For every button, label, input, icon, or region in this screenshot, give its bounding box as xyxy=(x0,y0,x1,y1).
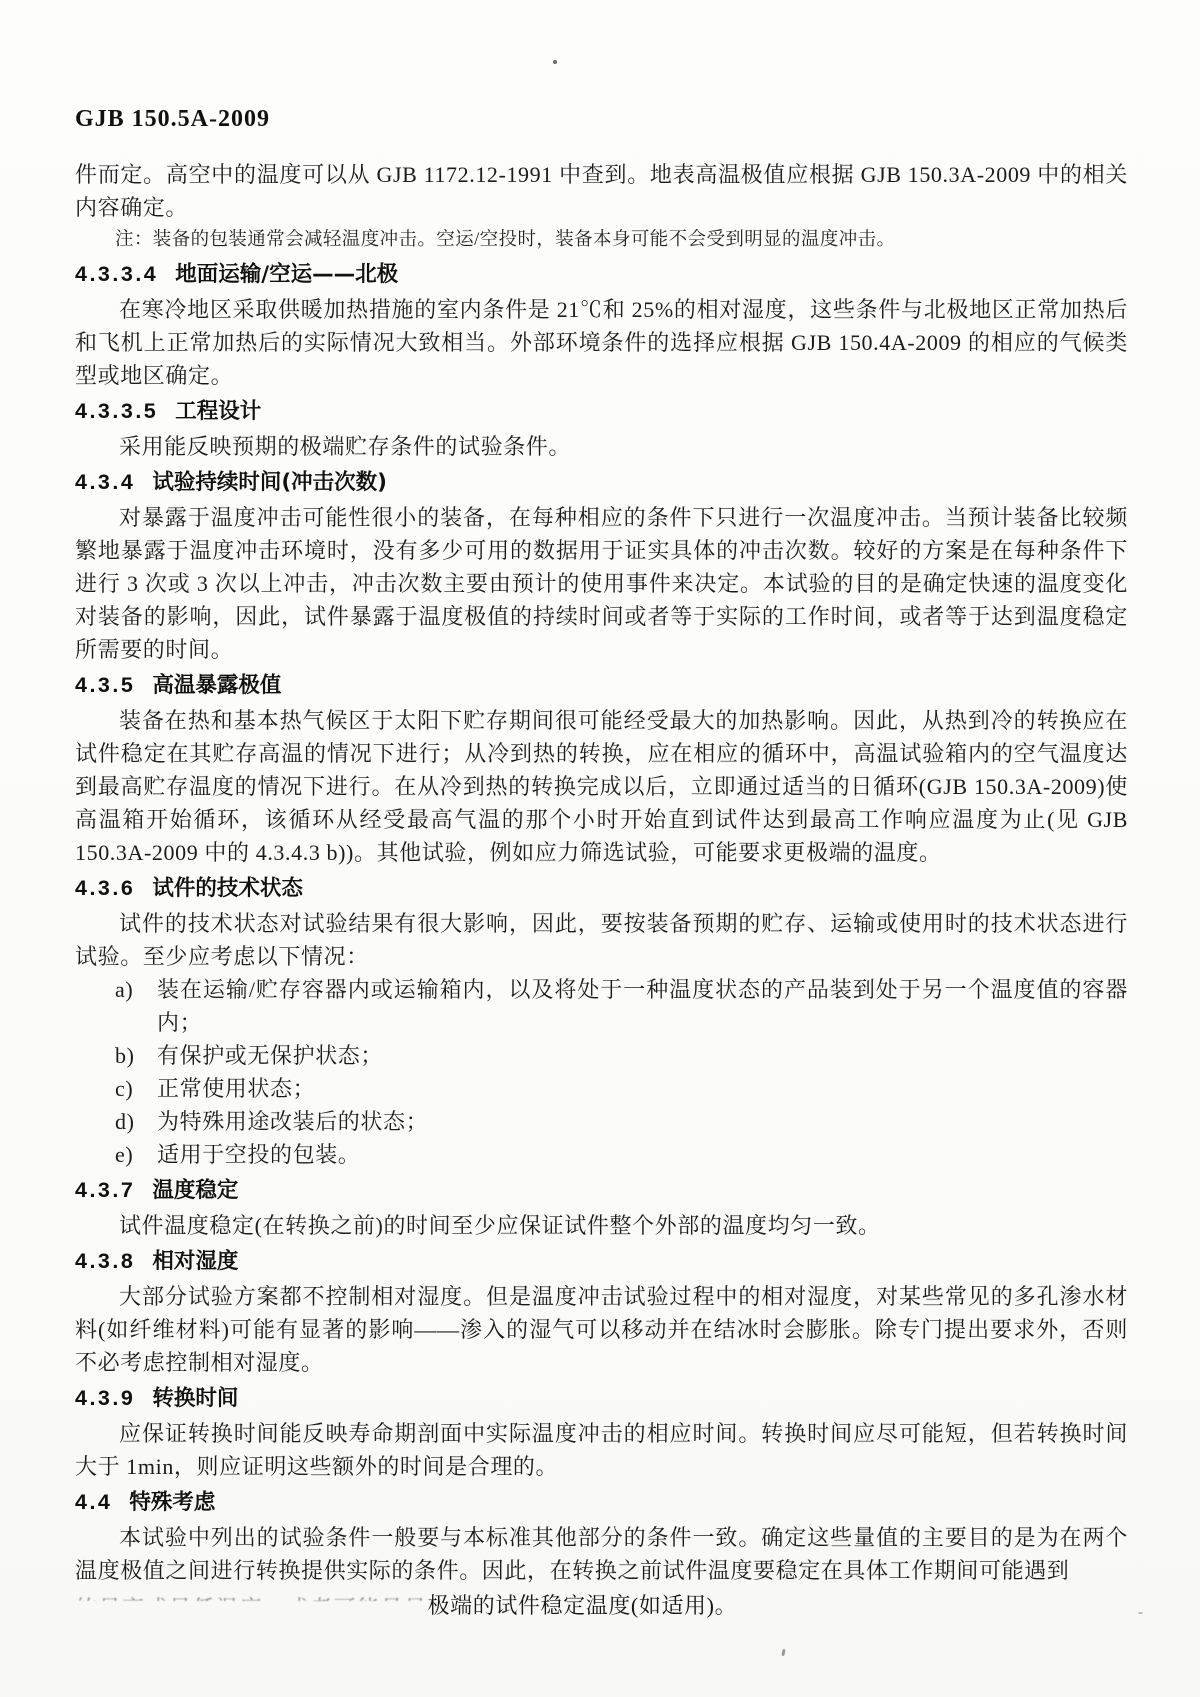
list-item-text: 有保护或无保护状态； xyxy=(157,1039,1128,1072)
list-item: a)装在运输/贮存容器内或运输箱内，以及将处于一种温度状态的产品装到处于另一个温… xyxy=(115,973,1128,1039)
heading-title: 试件的技术状态 xyxy=(152,872,303,905)
body-paragraph: 本试验中列出的试验条件一般要与本标准其他部分的条件一致。确定这些量值的主要目的是… xyxy=(75,1521,1128,1587)
heading-title: 特殊考虑 xyxy=(129,1486,215,1519)
list-item-label: e) xyxy=(115,1138,157,1171)
scan-speckle xyxy=(553,60,557,64)
heading-title: 试验持续时间(冲击次数) xyxy=(152,466,387,499)
document-body: 件而定。高空中的温度可以从 GJB 1172.12-1991 中查到。地表高温极… xyxy=(75,158,1128,1622)
list-item-label: c) xyxy=(115,1072,157,1105)
ordered-list: a)装在运输/贮存容器内或运输箱内，以及将处于一种温度状态的产品装到处于另一个温… xyxy=(75,973,1128,1171)
heading-number: 4.3.6 xyxy=(75,872,135,905)
list-item-text: 装在运输/贮存容器内或运输箱内，以及将处于一种温度状态的产品装到处于另一个温度值… xyxy=(157,973,1128,1039)
ghost-line-fragment: 的最高或最低温度，或者可能是最 xyxy=(75,1592,428,1601)
scan-cut-line: 的最高或最低温度，或者可能是最极端的试件稳定温度(如适用)。 xyxy=(75,1589,1128,1622)
scan-speckle xyxy=(1138,1612,1143,1614)
section-heading: 4.3.3.4地面运输/空运——北极 xyxy=(75,258,1128,291)
heading-number: 4.3.7 xyxy=(75,1174,135,1207)
section-heading: 4.3.4试验持续时间(冲击次数) xyxy=(75,466,1128,499)
heading-title: 转换时间 xyxy=(152,1382,238,1415)
list-item-text: 适用于空投的包装。 xyxy=(157,1138,1128,1171)
list-item: e)适用于空投的包装。 xyxy=(115,1138,1128,1171)
list-item-text: 正常使用状态； xyxy=(157,1072,1128,1105)
heading-number: 4.3.5 xyxy=(75,669,135,702)
section-heading: 4.3.7温度稳定 xyxy=(75,1174,1128,1207)
heading-number: 4.3.3.5 xyxy=(75,395,158,428)
section-heading: 4.3.6试件的技术状态 xyxy=(75,872,1128,905)
section-heading: 4.3.9转换时间 xyxy=(75,1382,1128,1415)
list-item-label: b) xyxy=(115,1039,157,1072)
body-paragraph: 对暴露于温度冲击可能性很小的装备，在每种相应的条件下只进行一次温度冲击。当预计装… xyxy=(75,501,1128,666)
list-item-label: d) xyxy=(115,1105,157,1138)
section-heading: 4.4特殊考虑 xyxy=(75,1486,1128,1519)
scan-speckle xyxy=(781,1649,785,1656)
scanned-document-page: GJB 150.5A-2009 件而定。高空中的温度可以从 GJB 1172.1… xyxy=(0,0,1200,1697)
body-paragraph: 在寒冷地区采取供暖加热措施的室内条件是 21℃和 25%的相对湿度，这些条件与北… xyxy=(75,293,1128,392)
heading-number: 4.3.9 xyxy=(75,1382,135,1415)
body-paragraph: 装备在热和基本热气候区于太阳下贮存期间很可能经受最大的加热影响。因此，从热到冷的… xyxy=(75,704,1128,869)
body-paragraph: 应保证转换时间能反映寿命期剖面中实际温度冲击的相应时间。转换时间应尽可能短，但若… xyxy=(75,1417,1128,1483)
body-paragraph: 件而定。高空中的温度可以从 GJB 1172.12-1991 中查到。地表高温极… xyxy=(75,158,1128,224)
list-item-label: a) xyxy=(115,973,157,1006)
list-item: b)有保护或无保护状态； xyxy=(115,1039,1128,1072)
cut-line-tail: 极端的试件稳定温度(如适用)。 xyxy=(428,1589,738,1622)
section-heading: 4.3.8相对湿度 xyxy=(75,1245,1128,1278)
heading-number: 4.3.4 xyxy=(75,466,135,499)
list-item: c)正常使用状态； xyxy=(115,1072,1128,1105)
body-paragraph: 采用能反映预期的极端贮存条件的试验条件。 xyxy=(75,430,1128,463)
heading-title: 温度稳定 xyxy=(152,1174,238,1207)
heading-number: 4.3.3.4 xyxy=(75,258,158,291)
list-item: d)为特殊用途改装后的状态； xyxy=(115,1105,1128,1138)
heading-title: 工程设计 xyxy=(175,395,261,428)
body-paragraph: 试件温度稳定(在转换之前)的时间至少应保证试件整个外部的温度均匀一致。 xyxy=(75,1209,1128,1242)
note-text: 注：装备的包装通常会减轻温度冲击。空运/空投时，装备本身可能不会受到明显的温度冲… xyxy=(75,225,1128,255)
heading-title: 地面运输/空运——北极 xyxy=(175,258,398,291)
standard-number-header: GJB 150.5A-2009 xyxy=(75,104,1128,134)
list-item-text: 为特殊用途改装后的状态； xyxy=(157,1105,1128,1138)
heading-number: 4.4 xyxy=(75,1486,112,1519)
ghost-line-text: 的最高或最低温度，或者可能是最 xyxy=(75,1596,428,1601)
section-heading: 4.3.3.5工程设计 xyxy=(75,395,1128,428)
heading-title: 相对湿度 xyxy=(152,1245,238,1278)
body-paragraph: 试件的技术状态对试验结果有很大影响，因此，要按装备预期的贮存、运输或使用时的技术… xyxy=(75,907,1128,973)
body-paragraph: 大部分试验方案都不控制相对湿度。但是温度冲击试验过程中的相对湿度，对某些常见的多… xyxy=(75,1280,1128,1379)
heading-title: 高温暴露极值 xyxy=(152,669,281,702)
heading-number: 4.3.8 xyxy=(75,1245,135,1278)
section-heading: 4.3.5高温暴露极值 xyxy=(75,669,1128,702)
